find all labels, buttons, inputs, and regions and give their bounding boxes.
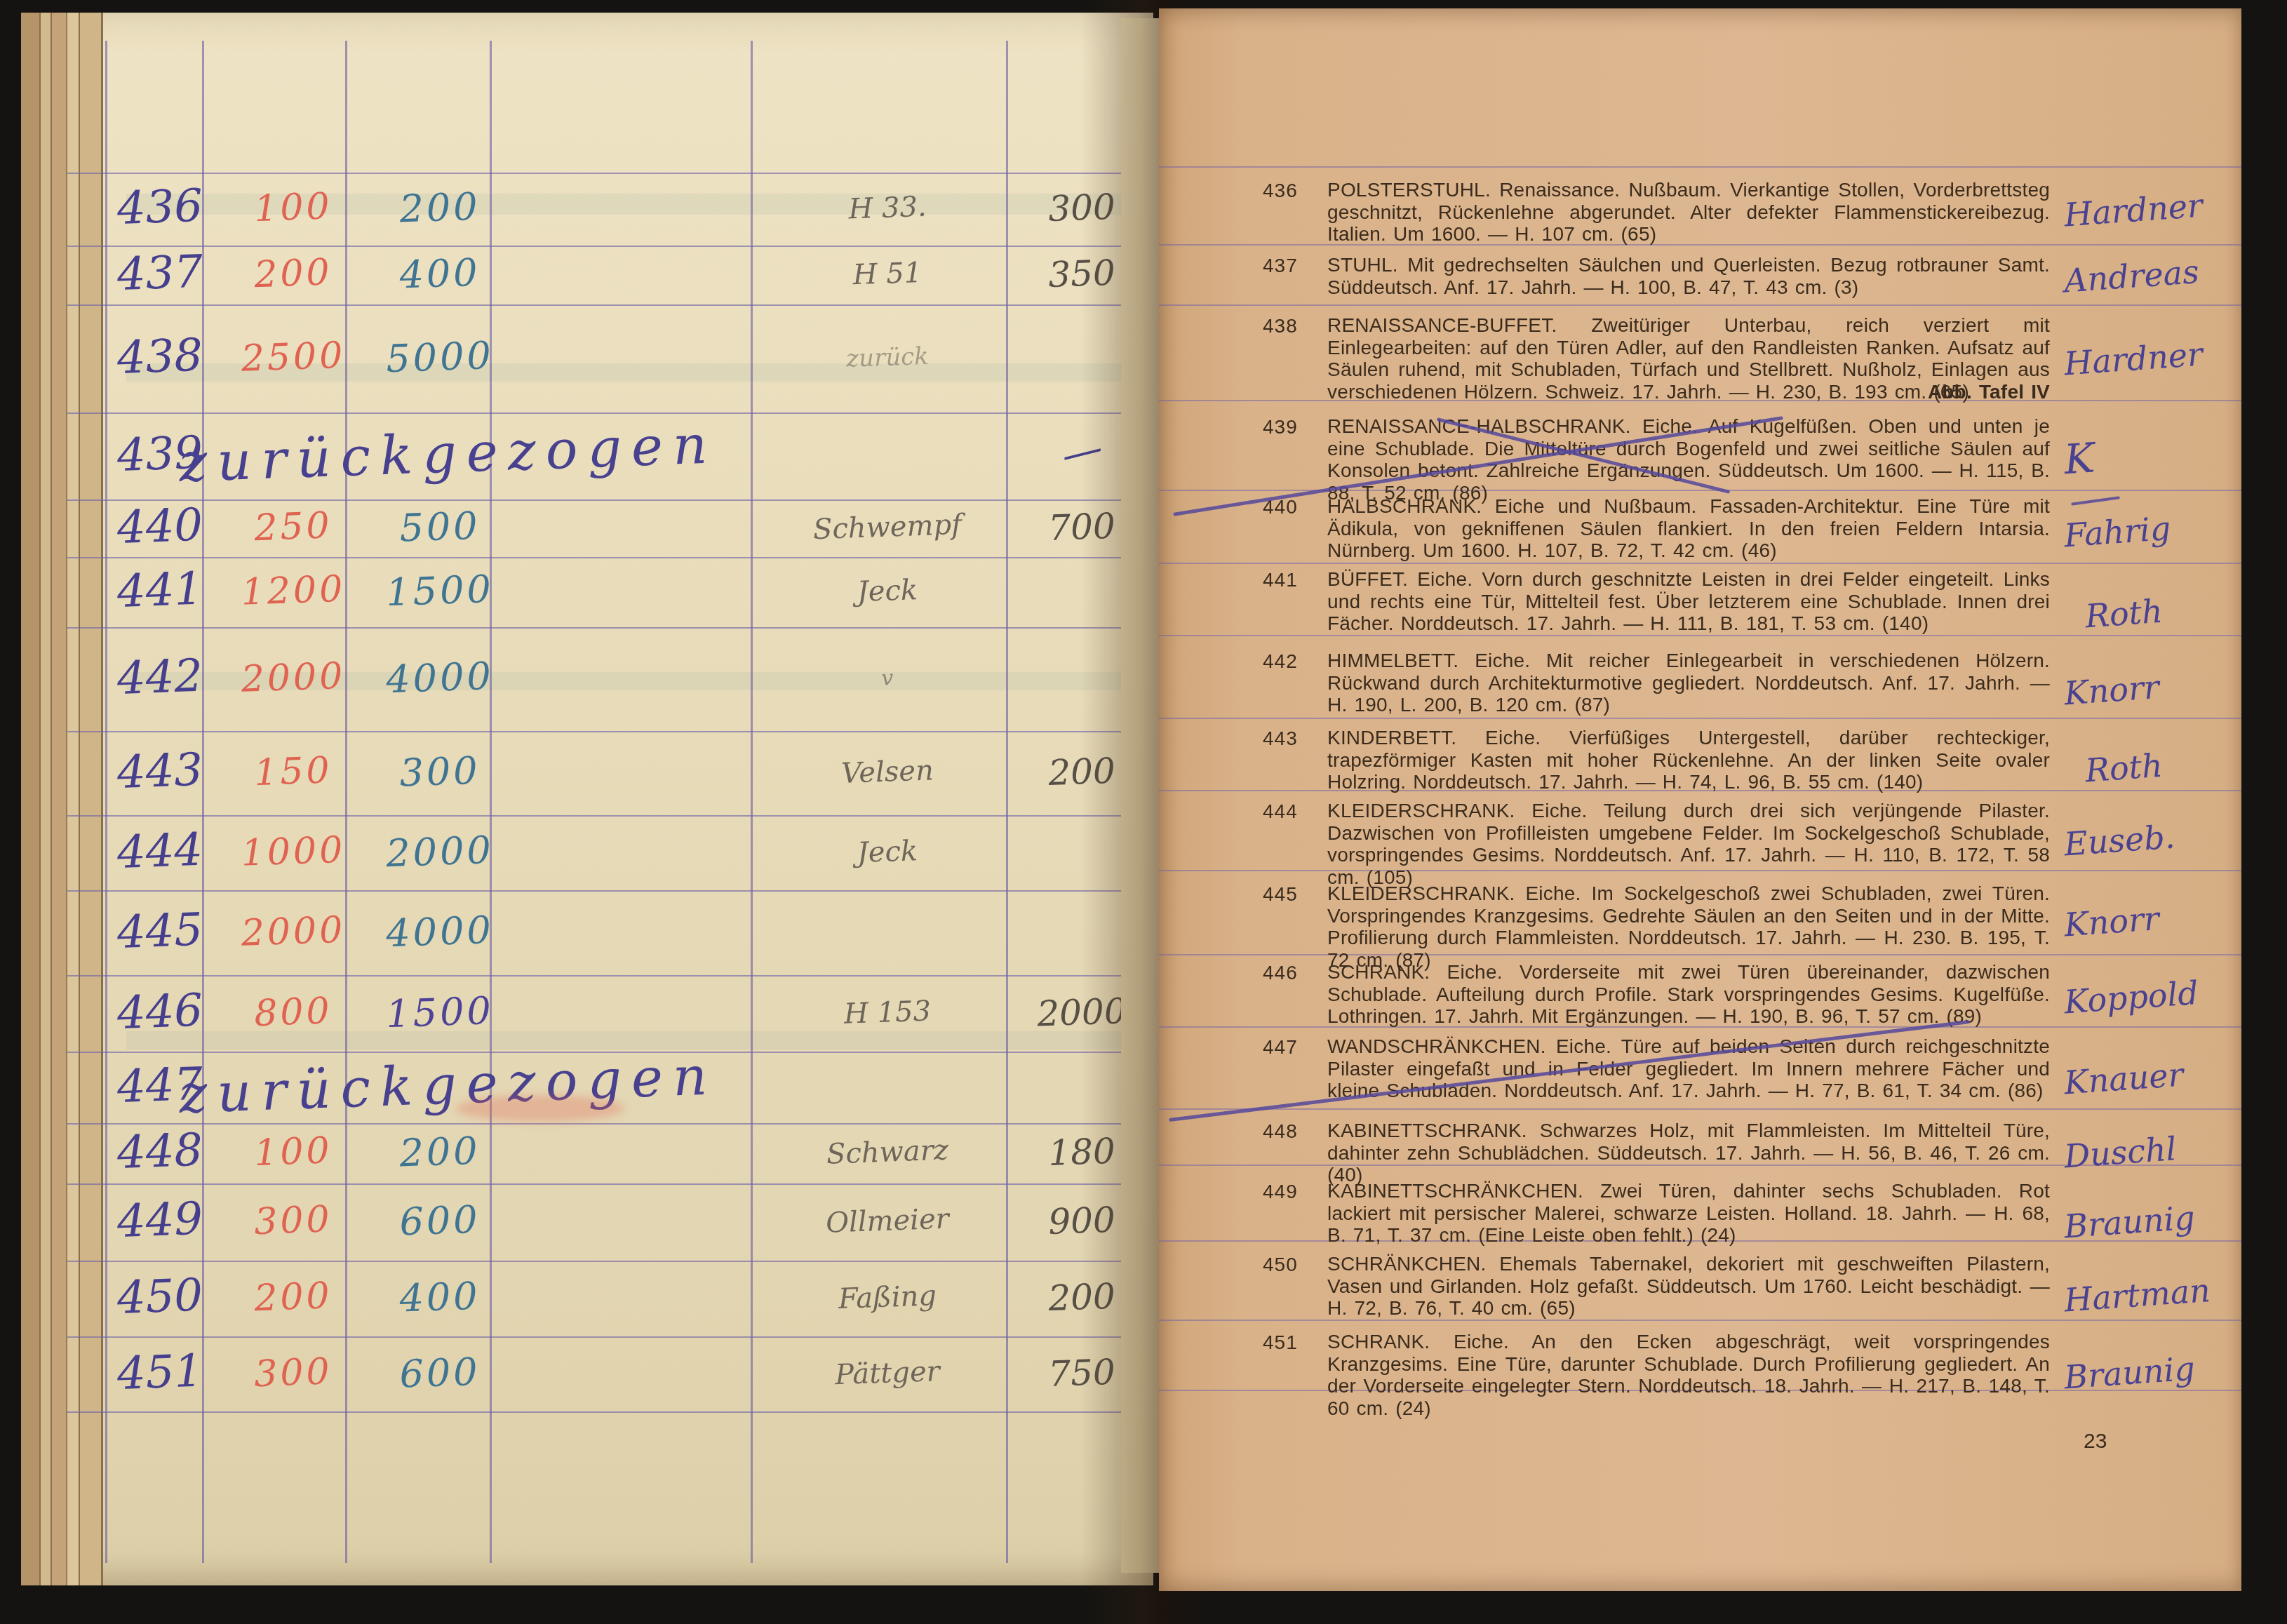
entry-number: 445: [1263, 883, 1298, 906]
ledger-row: 441 1200 1500 Jeck: [21, 557, 1153, 627]
entry-number: 443: [1263, 727, 1298, 750]
ledger-row: 446 800 1500 H 153 2000: [21, 975, 1153, 1052]
buyer-annotation: Knorr: [2063, 893, 2254, 944]
entry-number: 447: [1263, 1036, 1298, 1059]
buyer-annotation: Roth: [2084, 739, 2275, 790]
entry-text: KLEIDERSCHRANK. Eiche. Teilung durch dre…: [1327, 800, 2050, 888]
entry-text: WANDSCHRÄNKCHEN. Eiche. Türe auf beiden …: [1327, 1035, 2050, 1102]
entry-number: 442: [1263, 650, 1298, 673]
red-price: 100: [222, 184, 364, 231]
entry-text: SCHRÄNKCHEN. Ehemals Tabernakel, dekorie…: [1327, 1253, 2050, 1320]
entry-number: 449: [1263, 1181, 1298, 1203]
entry-rule: [1159, 1320, 2241, 1321]
buyer-annotation: Andreas: [2063, 249, 2254, 300]
red-price: 2500: [222, 334, 364, 381]
buyer-annotation: Euseb.: [2063, 812, 2254, 864]
red-price: 1200: [222, 568, 364, 615]
catalog-page: 436 POLSTERSTUHL. Renaissance. Nußbaum. …: [1159, 8, 2241, 1591]
red-price: 200: [222, 1274, 364, 1321]
blue-price: 600: [365, 1196, 514, 1245]
bidder-note: zurück: [750, 339, 1024, 377]
lot-number: 451: [103, 1345, 217, 1401]
buyer-annotation: Knauer: [2063, 1051, 2254, 1102]
entry-text: KINDERBETT. Eiche. Vierfüßiges Untergest…: [1327, 727, 2050, 793]
lot-number: 449: [103, 1193, 217, 1249]
lot-number: 441: [103, 563, 217, 619]
buyer-annotation: Braunig: [2063, 1345, 2254, 1397]
bidder-note: Faßing: [750, 1277, 1024, 1319]
bidder-note: Velsen: [750, 751, 1024, 793]
catalog-entry: 441 BÜFFET. Eiche. Vorn durch geschnitzt…: [1263, 568, 2055, 635]
red-price: 200: [222, 250, 364, 297]
ledger-row: 451 300 600 Pättger 750: [21, 1336, 1153, 1411]
catalog-entry: 438 RENAISSANCE-BUFFET. Zweitüriger Unte…: [1263, 314, 2055, 403]
entry-text: KLEIDERSCHRANK. Eiche. Im Sockelgeschoß …: [1327, 883, 2050, 971]
red-price: 2000: [222, 908, 364, 955]
lot-number: 436: [103, 180, 217, 236]
scanned-auction-book: 436 100 200 H 33. 300 437 200 400 H 51 3…: [0, 0, 2287, 1624]
lot-number: 437: [103, 246, 217, 302]
bidder-note: Ollmeier: [750, 1200, 1024, 1242]
blue-price: 400: [365, 1273, 514, 1322]
catalog-entry: 442 HIMMELBETT. Eiche. Mit reicher Einle…: [1263, 650, 2055, 716]
ledger-row: 436 100 200 H 33. 300: [21, 173, 1153, 246]
entry-text: BÜFFET. Eiche. Vorn durch geschnitzte Le…: [1327, 568, 2050, 635]
red-price: 2000: [222, 655, 364, 702]
bidder-note: H 51: [750, 253, 1024, 295]
ink-dash: [2071, 496, 2120, 506]
page-number: 23: [2084, 1430, 2107, 1454]
lot-number: 446: [103, 984, 217, 1040]
entry-rule: [1159, 304, 2241, 306]
entry-text: SCHRANK. Eiche. Vorderseite mit zwei Tür…: [1327, 961, 2050, 1028]
ledger-row-withdrawn: 447 zurückgezogen: [21, 1052, 1153, 1123]
entry-number: 451: [1263, 1331, 1298, 1354]
bidder-note: [751, 928, 1024, 938]
entry-number: 439: [1263, 416, 1298, 438]
buyer-annotation: Braunig: [2063, 1195, 2254, 1246]
catalog-entry: 440 HALBSCHRANK. Eiche und Nußbaum. Fass…: [1263, 495, 2055, 562]
blue-price: 1500: [365, 987, 514, 1036]
buyer-annotation: Hartman: [2063, 1268, 2254, 1320]
buyer-annotation: Knorr: [2063, 662, 2254, 713]
blue-price: 5000: [365, 333, 514, 382]
lot-number: 440: [103, 499, 217, 555]
ledger-row: 438 2500 5000 zurück: [21, 304, 1153, 412]
lot-number: 443: [103, 744, 217, 800]
buyer-annotation: Roth: [2084, 584, 2275, 636]
catalog-entry: 449 KABINETTSCHRÄNKCHEN. Zwei Türen, dah…: [1263, 1180, 2055, 1247]
ledger-row: 449 300 600 Ollmeier 900: [21, 1183, 1153, 1261]
red-price: 300: [222, 1349, 364, 1396]
blue-price: 600: [365, 1348, 514, 1397]
red-price: 150: [222, 749, 364, 796]
entry-rule: [1159, 635, 2241, 636]
red-smudge: [456, 1095, 624, 1122]
catalog-entry: 437 STUHL. Mit gedrechselten Säulchen un…: [1263, 254, 2055, 298]
lot-number: 438: [103, 329, 217, 385]
buyer-annotation: Hardner: [2063, 332, 2254, 383]
lot-number: 445: [103, 904, 217, 960]
catalog-entry: 444 KLEIDERSCHRANK. Eiche. Teilung durch…: [1263, 800, 2055, 888]
buyer-annotation: Koppold: [2063, 970, 2254, 1021]
entry-rule: [1159, 718, 2241, 719]
ledger-row-withdrawn: 439 zurückgezogen —: [21, 412, 1153, 499]
lot-number: 442: [103, 650, 217, 706]
bidder-note: H 153: [750, 991, 1024, 1033]
ledger-row: 440 250 500 Schwempf 700: [21, 499, 1153, 557]
entry-text: HALBSCHRANK. Eiche und Nußbaum. Fassaden…: [1327, 495, 2050, 562]
entry-number: 436: [1263, 180, 1298, 202]
red-price: 800: [222, 988, 364, 1035]
bidder-note: H 33.: [750, 187, 1024, 229]
entry-number: 437: [1263, 255, 1298, 277]
blue-price: 200: [365, 183, 514, 232]
entry-number: 441: [1263, 569, 1298, 591]
entry-text: STUHL. Mit gedrechselten Säulchen und Qu…: [1327, 254, 2050, 298]
plate-reference: Abb. Tafel IV: [1928, 381, 2050, 403]
buyer-annotation: Hardner: [2063, 183, 2254, 234]
bidder-note: Jeck: [750, 831, 1024, 873]
blue-price: 300: [365, 747, 514, 796]
blue-price: 1500: [365, 566, 514, 615]
red-price: 300: [222, 1197, 364, 1244]
catalog-entry: 446 SCHRANK. Eiche. Vorderseite mit zwei…: [1263, 961, 2055, 1028]
bidder-note: Schwempf: [750, 506, 1024, 549]
buyer-annotation: K: [2063, 423, 2255, 484]
bidder-note: Pättger: [750, 1352, 1024, 1394]
blue-price: 200: [365, 1127, 514, 1176]
entry-number: 448: [1263, 1120, 1298, 1143]
entry-text: KABINETTSCHRANK. Schwarzes Holz, mit Fla…: [1327, 1120, 2050, 1186]
entry-text: RENAISSANCE-HALBSCHRANK. Eiche. Auf Kuge…: [1327, 415, 2050, 504]
entry-rule: [1159, 563, 2241, 564]
blue-price: 4000: [365, 653, 514, 702]
blue-price: 2000: [365, 826, 514, 875]
withdrawn-text: zurückgezogen: [178, 408, 854, 494]
entry-number: 450: [1263, 1254, 1298, 1276]
catalog-entry: 443 KINDERBETT. Eiche. Vierfüßiges Unter…: [1263, 727, 2055, 793]
ditto-mark: v: [751, 662, 1025, 696]
entry-number: 446: [1263, 962, 1298, 984]
buyer-annotation: Duschl: [2063, 1125, 2254, 1176]
entry-text: POLSTERSTUHL. Renaissance. Nußbaum. Vier…: [1327, 179, 2050, 246]
lot-number: 444: [103, 824, 217, 880]
ledger-row: 445 2000 4000: [21, 890, 1153, 975]
catalog-entry: 450 SCHRÄNKCHEN. Ehemals Tabernakel, dek…: [1263, 1253, 2055, 1320]
row-rule: [67, 1411, 1148, 1413]
bidder-note: Schwarz: [750, 1132, 1024, 1174]
entry-text: HIMMELBETT. Eiche. Mit reicher Einlegear…: [1327, 650, 2050, 716]
lot-number: 450: [103, 1269, 217, 1325]
entry-rule: [1159, 1108, 2241, 1110]
ledger-row: 437 200 400 H 51 350: [21, 246, 1153, 304]
catalog-entry: 436 POLSTERSTUHL. Renaissance. Nußbaum. …: [1263, 179, 2055, 246]
red-price: 1000: [222, 828, 364, 875]
ledger-row: 444 1000 2000 Jeck: [21, 815, 1153, 890]
ledger-row: 448 100 200 Schwarz 180: [21, 1123, 1153, 1183]
entry-text: KABINETTSCHRÄNKCHEN. Zwei Türen, dahinte…: [1327, 1180, 2050, 1247]
blue-price: 400: [365, 249, 514, 298]
catalog-entry: 451 SCHRANK. Eiche. An den Ecken abgesch…: [1263, 1331, 2055, 1419]
catalog-entry: 448 KABINETTSCHRANK. Schwarzes Holz, mit…: [1263, 1120, 2055, 1186]
buyer-annotation: Fahrig: [2063, 504, 2254, 555]
blue-price: 4000: [365, 906, 514, 955]
entry-text: RENAISSANCE-BUFFET. Zweitüriger Unterbau…: [1327, 314, 2050, 403]
red-price: 100: [222, 1129, 364, 1176]
ledger-page: 436 100 200 H 33. 300 437 200 400 H 51 3…: [21, 13, 1153, 1585]
entry-text: SCHRANK. Eiche. An den Ecken abgeschrägt…: [1327, 1331, 2050, 1419]
catalog-entry-crossed: 439 RENAISSANCE-HALBSCHRANK. Eiche. Auf …: [1263, 415, 2055, 504]
ledger-row: 443 150 300 Velsen 200: [21, 731, 1153, 815]
blue-price: 500: [365, 502, 514, 551]
bidder-note: Jeck: [750, 570, 1024, 612]
red-price: 250: [222, 504, 364, 551]
lot-number: 448: [103, 1124, 217, 1180]
entry-rule: [1159, 166, 2241, 168]
entry-number: 444: [1263, 800, 1298, 823]
ledger-row: 442 2000 4000 v: [21, 627, 1153, 731]
entry-number: 438: [1263, 315, 1298, 337]
catalog-entry: 445 KLEIDERSCHRANK. Eiche. Im Sockelgesc…: [1263, 883, 2055, 971]
ledger-row: 450 200 400 Faßing 200: [21, 1261, 1153, 1336]
